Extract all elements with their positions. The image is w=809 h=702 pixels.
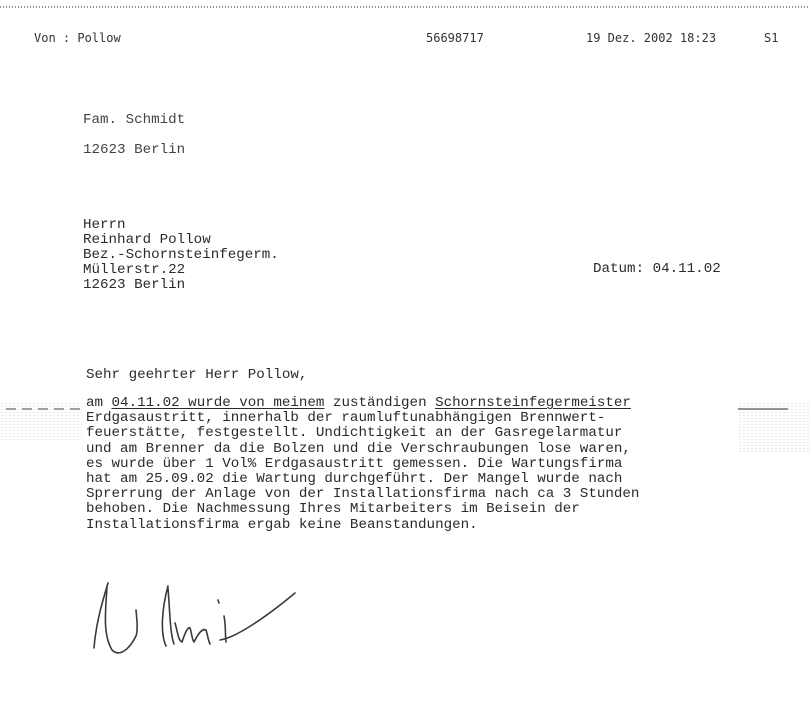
sender-address: Fam. Schmidt12623 Berlin [83, 105, 185, 165]
body-text-fragment: zuständigen [324, 395, 435, 411]
signature-icon [90, 578, 310, 668]
letter-date: Datum: 04.11.02 [593, 262, 721, 277]
letter-body: am 04.11.02 wurde von meinem zuständigen… [86, 396, 639, 533]
body-text-fragment: am [86, 395, 112, 411]
fax-from: Von : Pollow [34, 31, 121, 45]
body-text-fragment: wurde von [180, 395, 274, 411]
body-line: und am Brenner da die Bolzen und die Ver… [86, 442, 639, 457]
fax-header: Von : Pollow 56698717 19 Dez. 2002 18:23… [0, 31, 809, 47]
body-line: feuerstätte, festgestellt. Undichtigkeit… [86, 426, 639, 441]
body-line: hat am 25.09.02 die Wartung durchgeführt… [86, 472, 639, 487]
body-line: Sprerrung der Anlage von der Installatio… [86, 487, 639, 502]
fax-page: S1 [764, 31, 778, 45]
scan-noise-right [738, 402, 809, 452]
recipient-city: 12623 Berlin [83, 278, 279, 293]
fax-number: 56698717 [426, 31, 484, 45]
body-line: behoben. Die Nachmessung Ihres Mitarbeit… [86, 502, 639, 517]
scan-noise-left [0, 402, 82, 442]
fax-datetime: 19 Dez. 2002 18:23 [586, 31, 716, 45]
body-line: Erdgasaustritt, innerhalb der raumluftun… [86, 411, 639, 426]
recipient-salutation: Herrn [83, 218, 279, 233]
sender-city: 12623 Berlin [83, 135, 185, 165]
recipient-name: Reinhard Pollow [83, 233, 279, 248]
body-line: Installationsfirma ergab keine Beanstand… [86, 518, 639, 533]
underlined-title: Schornsteinfegermeister [435, 395, 631, 411]
fax-transmission-dotline [0, 6, 809, 8]
sender-name: Fam. Schmidt [83, 105, 185, 135]
recipient-address: HerrnReinhard PollowBez.-Schornsteinfege… [83, 218, 279, 293]
date-value: 04.11.02 [653, 261, 721, 277]
underlined-date: 04.11.02 [112, 395, 180, 411]
recipient-street: Müllerstr.22 [83, 263, 279, 278]
letter-salutation: Sehr geehrter Herr Pollow, [86, 368, 307, 383]
date-label: Datum: [593, 261, 644, 277]
underlined-word: meinem [273, 395, 324, 411]
body-line: es wurde über 1 Vol% Erdgasaustritt geme… [86, 457, 639, 472]
body-line-1: am 04.11.02 wurde von meinem zuständigen… [86, 396, 639, 411]
recipient-title: Bez.-Schornsteinfegerm. [83, 248, 279, 263]
